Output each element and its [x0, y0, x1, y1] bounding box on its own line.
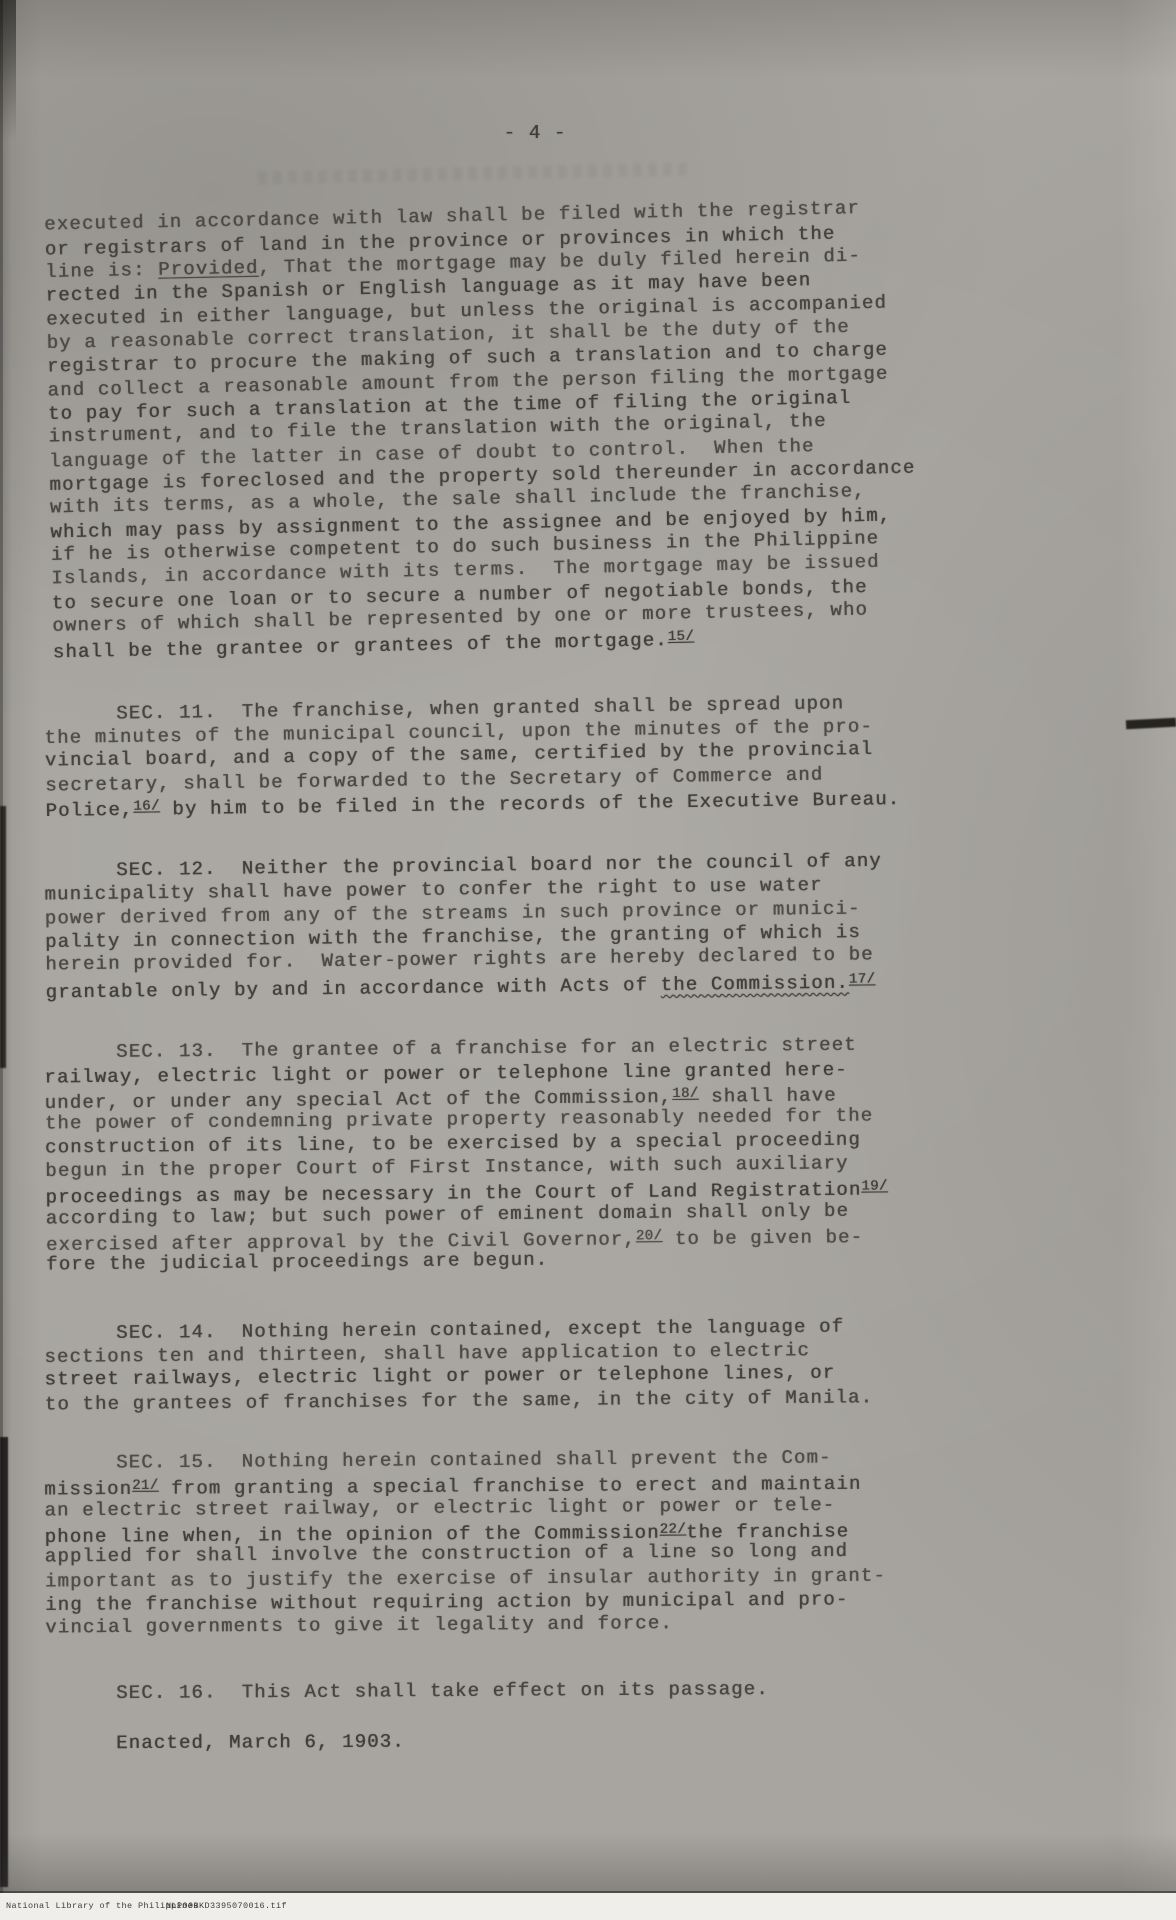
footnote-marker: 18/: [672, 1086, 699, 1102]
paragraph-sec-12: SEC. 12. Neither the provincial board no…: [44, 847, 1146, 1002]
paragraph-sec-15: SEC. 15. Nothing herein contained shall …: [44, 1444, 1145, 1640]
footnote-marker: 19/: [861, 1178, 888, 1194]
scan-artifact-bottom-shade: [0, 1833, 1176, 1893]
footnote-marker: 20/: [636, 1228, 663, 1244]
wavy-underlined-text: the Commission.: [660, 972, 849, 996]
digitization-footer: National Library of the Philippines NLP0…: [0, 1893, 1176, 1920]
text-line: Enacted, March 6, 1903.: [44, 1727, 1144, 1756]
footnote-marker: 16/: [133, 799, 160, 815]
page-number: - 4 -: [95, 122, 975, 144]
scanned-page: - 4 - executed in accordance with law sh…: [0, 0, 1176, 1920]
paragraph-continuation: executed in accordance with law shall be…: [44, 192, 1153, 662]
paragraph-sec-16: SEC. 16. This Act shall take effect on i…: [44, 1676, 1144, 1706]
footer-file-id: NLP00BKD3395070016.tif: [166, 1901, 287, 1911]
footnote-marker: 21/: [132, 1477, 159, 1493]
text-line: SEC. 16. This Act shall take effect on i…: [44, 1676, 1144, 1706]
underlined-text: Provided: [158, 257, 259, 281]
paragraph-sec-14: SEC. 14. Nothing herein contained, excep…: [44, 1312, 1145, 1416]
footnote-marker: 15/: [667, 628, 694, 645]
footnote-marker: 22/: [660, 1521, 687, 1537]
paragraph-sec-13: SEC. 13. The grantee of a franchise for …: [44, 1031, 1146, 1277]
typewritten-text: - 4 - executed in accordance with law sh…: [0, 0, 1176, 1920]
footnote-marker: 17/: [849, 971, 876, 987]
paragraph-sec-11: SEC. 11. The franchise, when granted sha…: [44, 688, 1146, 821]
paragraph-enacted: Enacted, March 6, 1903.: [44, 1726, 1144, 1755]
